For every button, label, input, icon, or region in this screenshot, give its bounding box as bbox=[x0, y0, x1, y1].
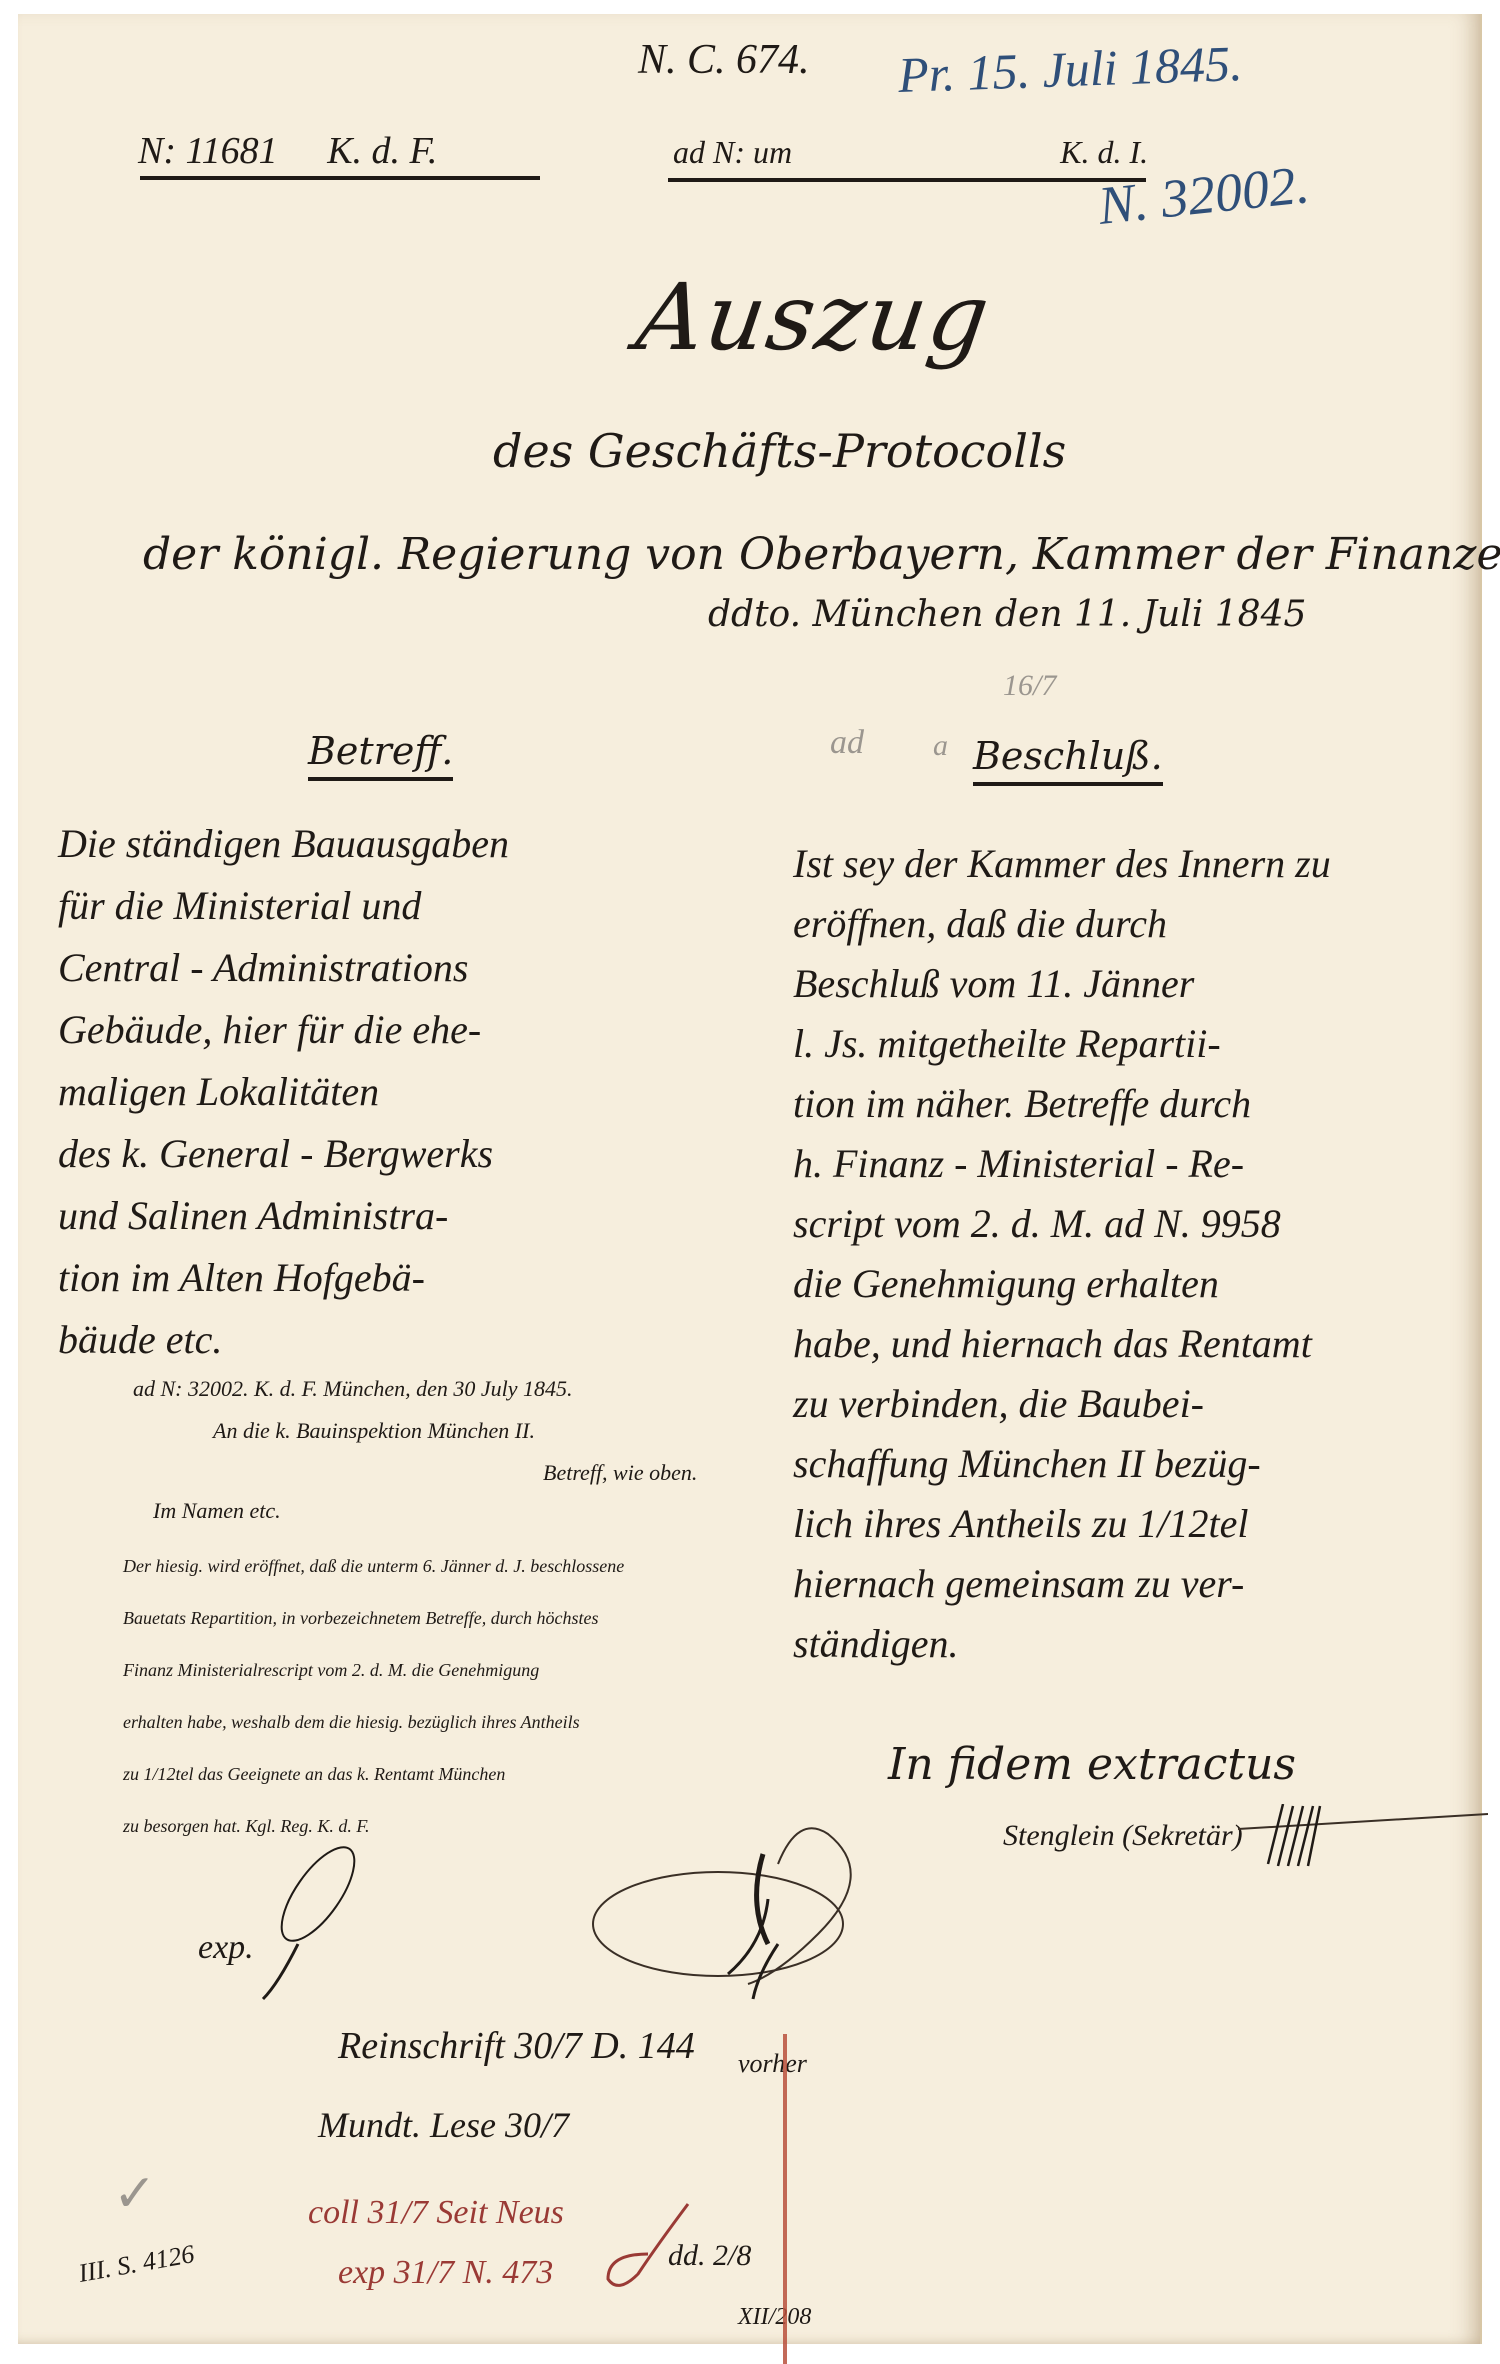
exp-flourish-icon bbox=[238, 1844, 378, 2004]
betreff-text: Die ständigen Bauausgaben für die Minist… bbox=[58, 824, 738, 1382]
file-number-suffix: K. d. F. bbox=[327, 130, 437, 172]
pencil-checkmark-icon: ✓ bbox=[113, 2164, 157, 2224]
beschluss-line: script vom 2. d. M. ad N. 9958 bbox=[793, 1204, 1473, 1264]
betreff-line: des k. General - Bergwerks bbox=[58, 1134, 738, 1196]
betreff-line: Die ständigen Bauausgaben bbox=[58, 824, 738, 886]
note-line: Im Namen etc. bbox=[153, 1498, 763, 1556]
title-subline-authority: der königl. Regierung von Oberbayern, Ka… bbox=[143, 529, 1500, 580]
document-title: Auszug bbox=[630, 264, 997, 371]
pencil-mark-a: a bbox=[933, 729, 948, 763]
dateline: ddto. München den 11. Juli 1845 bbox=[708, 594, 1306, 635]
red-crayon-line bbox=[783, 2034, 787, 2364]
ad-number-label: ad N: um bbox=[673, 134, 792, 170]
beschluss-line: h. Finanz - Ministerial - Re- bbox=[793, 1144, 1473, 1204]
beschluss-line: hiernach gemeinsam zu ver- bbox=[793, 1564, 1473, 1624]
left-margin-archive-mark: III. S. 4126 bbox=[76, 2239, 196, 2289]
note-line: Bauetats Repartition, in vorbezeichnetem… bbox=[123, 1608, 763, 1660]
paraph-flourish-icon bbox=[578, 1804, 908, 2004]
note-line: erhalten habe, weshalb dem die hiesig. b… bbox=[123, 1712, 763, 1764]
betreff-line: für die Ministerial und bbox=[58, 886, 738, 948]
beschluss-line: Ist sey der Kammer des Innern zu bbox=[793, 844, 1473, 904]
beschluss-line: zu verbinden, die Baubei- bbox=[793, 1384, 1473, 1444]
betreff-line: Central - Administrations bbox=[58, 948, 738, 1010]
note-line: Finanz Ministerialrescript vom 2. d. M. … bbox=[123, 1660, 763, 1712]
beschluss-line: eröffnen, daß die durch bbox=[793, 904, 1473, 964]
beschluss-line: Beschluß vom 11. Jänner bbox=[793, 964, 1473, 1024]
expedition-note: ad N: 32002. K. d. F. München, den 30 Ju… bbox=[123, 1376, 763, 1868]
pencil-fraction: 16/7 bbox=[1003, 669, 1056, 703]
beschluss-line: tion im näher. Betreffe durch bbox=[793, 1084, 1473, 1144]
beschluss-line: ständigen. bbox=[793, 1624, 1473, 1684]
vorher-note: vorher bbox=[738, 2049, 807, 2079]
betreff-line: bäude etc. bbox=[58, 1320, 738, 1382]
column-heading-betreff: Betreff. bbox=[308, 729, 453, 781]
received-date-stamp: Pr. 15. Juli 1845. bbox=[897, 34, 1243, 104]
beschluss-text: Ist sey der Kammer des Innern zu eröffne… bbox=[793, 844, 1473, 1684]
note-line: ad N: 32002. K. d. F. München, den 30 Ju… bbox=[133, 1376, 763, 1418]
register-number: N. C. 674. bbox=[638, 36, 810, 84]
beschluss-line: habe, und hiernach das Rentamt bbox=[793, 1324, 1473, 1384]
column-heading-beschluss: Beschluß. bbox=[973, 734, 1163, 786]
document-page: N. C. 674. Pr. 15. Juli 1845. N. 32002. … bbox=[18, 14, 1482, 2344]
note-line: Der hiesig. wird eröffnet, daß die unter… bbox=[123, 1556, 763, 1608]
betreff-line: maligen Lokalitäten bbox=[58, 1072, 738, 1134]
betreff-line: tion im Alten Hofgebä- bbox=[58, 1258, 738, 1320]
ad-number: ad N: um K. d. I. bbox=[673, 134, 1148, 171]
red-expedition-note: exp 31/7 N. 473 bbox=[338, 2254, 553, 2292]
betreff-line: und Salinen Administra- bbox=[58, 1196, 738, 1258]
file-number-rule-left bbox=[140, 176, 540, 180]
ad-number-rule bbox=[668, 178, 1146, 182]
beschluss-line: lich ihres Antheils zu 1/12tel bbox=[793, 1504, 1473, 1564]
ad-number-suffix: K. d. I. bbox=[1060, 134, 1148, 170]
dispatch-date-note: dd. 2/8 bbox=[668, 2239, 751, 2273]
red-collation-note: coll 31/7 Seit Neus bbox=[308, 2194, 564, 2232]
signature-hatching-icon bbox=[1238, 1804, 1488, 1874]
beschluss-line: die Genehmigung erhalten bbox=[793, 1264, 1473, 1324]
pencil-mark-ad: ad bbox=[830, 724, 864, 762]
signatory-name: Stenglein (Sekretär) bbox=[1003, 1819, 1243, 1853]
betreff-line: Gebäude, hier für die ehe- bbox=[58, 1010, 738, 1072]
beschluss-line: l. Js. mitgetheilte Repartii- bbox=[793, 1024, 1473, 1084]
beschluss-line: schaffung München II bezüg- bbox=[793, 1444, 1473, 1504]
fair-copy-note: Reinschrift 30/7 D. 144 bbox=[338, 2024, 695, 2068]
in-fidem-extractus: In fidem extractus bbox=[888, 1739, 1296, 1790]
archive-mark: XII/208 bbox=[738, 2304, 811, 2331]
note-line: Betreff, wie oben. bbox=[543, 1460, 763, 1498]
file-number-left: N: 11681 K. d. F. bbox=[138, 129, 437, 173]
file-number-value: N: 11681 bbox=[138, 130, 278, 172]
title-subline-protocol: des Geschäfts-Protocolls bbox=[493, 424, 1066, 478]
note-line: An die k. Bauinspektion München II. bbox=[213, 1418, 763, 1460]
collation-note: Mundt. Lese 30/7 bbox=[318, 2104, 569, 2146]
